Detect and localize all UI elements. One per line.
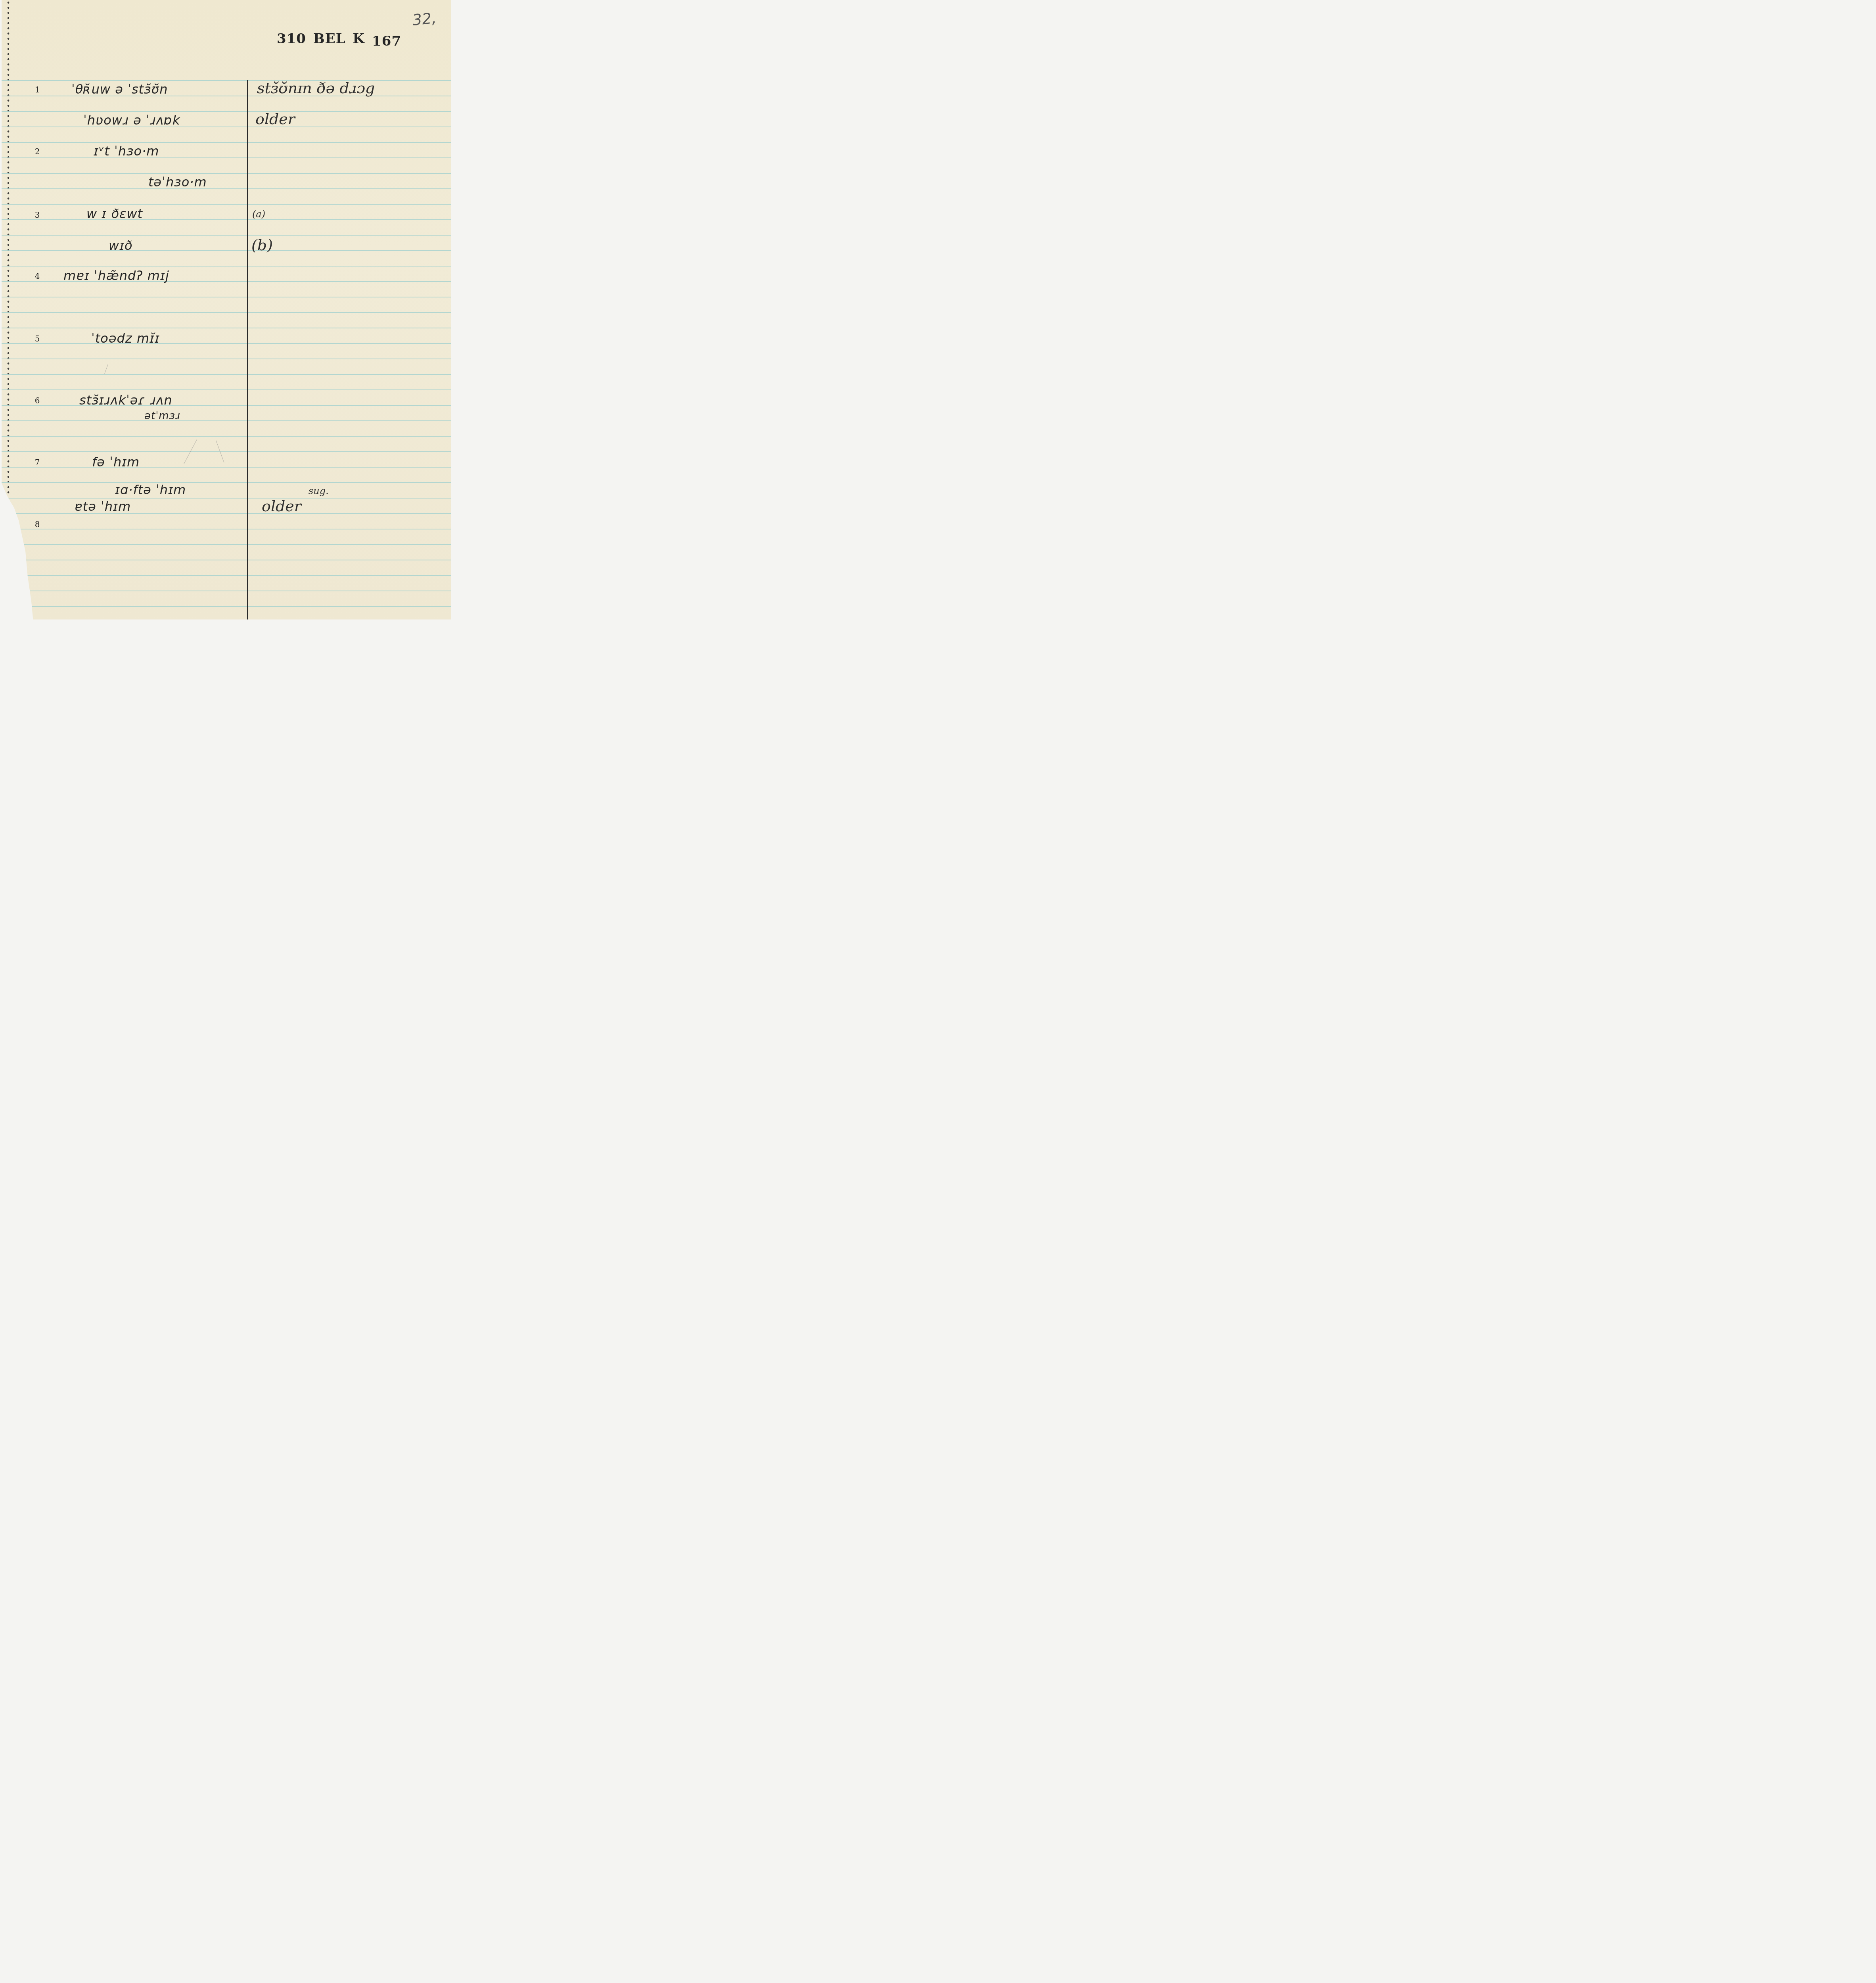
note: stɜ̆ʊ̆nɪn ðə dɹɔg — [257, 79, 375, 97]
rule-line — [2, 235, 451, 236]
note: (a) — [252, 209, 265, 220]
column-divider — [247, 80, 248, 619]
transcription: mɐɪ ˈhæ̃ndʔ mɪj — [63, 268, 169, 283]
transcription: w ɪ ðɛwt — [86, 206, 143, 221]
rule-line — [2, 591, 451, 591]
transcription: fə ˈhɪm — [92, 455, 140, 470]
line-number: 3 — [33, 210, 41, 220]
rule-line — [2, 266, 451, 267]
perforated-edge — [7, 0, 10, 496]
line-number: 1 — [33, 85, 41, 94]
rule-line — [2, 420, 451, 421]
rule-line — [2, 374, 451, 375]
note: older — [255, 110, 295, 128]
rule-line — [2, 513, 451, 514]
transcription: ɪɑ·ftə ˈhɪm — [115, 482, 186, 497]
transcription: təˈhɜo·m — [148, 175, 207, 190]
rule-line — [2, 188, 451, 189]
rule-line — [2, 173, 451, 174]
transcription: wɪð — [109, 238, 133, 253]
rule-line — [2, 560, 451, 560]
transcription: ətˈmɜɹ — [144, 410, 180, 422]
rule-line — [2, 343, 451, 344]
page-number: 32, — [412, 9, 437, 29]
rule-line — [2, 389, 451, 390]
line-number: 6 — [33, 396, 41, 405]
rule-line — [2, 606, 451, 607]
rule-line — [2, 467, 451, 468]
rule-line — [2, 157, 451, 158]
transcription: ɪᵛt ˈhɜo·m — [94, 144, 159, 159]
rule-line — [2, 328, 451, 328]
line-number: 8 — [33, 520, 41, 529]
transcription: ˈtoədz mɪ̆ɪ — [91, 331, 160, 346]
rule-line — [2, 96, 451, 96]
stamp-part: 310 — [277, 31, 306, 47]
stamp-part: BEL — [313, 31, 346, 47]
rule-line — [2, 436, 451, 437]
note: sug. — [309, 485, 329, 497]
rule-line — [2, 80, 451, 81]
rule-line — [2, 575, 451, 576]
transcription: ɐtə ˈhɪm — [75, 499, 131, 514]
transcription: stɜ̆ɪɹʌkˈəɾ ɹʌn — [79, 393, 172, 408]
rule-line — [2, 498, 451, 499]
pencil-mark — [104, 364, 108, 374]
rule-line — [2, 405, 451, 406]
rule-line — [2, 250, 451, 251]
notebook-page: 32, 310BELK167 1 2 3 4 5 6 7 8 ˈθʀ̆uw ə … — [2, 0, 451, 619]
line-number: 5 — [33, 334, 41, 343]
stamp-part: K — [353, 31, 365, 47]
rule-line — [2, 544, 451, 545]
rule-line — [2, 359, 451, 359]
note: older — [262, 497, 301, 515]
rule-line — [2, 482, 451, 483]
rule-line — [2, 312, 451, 313]
rule-line — [2, 142, 451, 143]
note: (b) — [251, 236, 273, 254]
catalog-stamp: 310BELK167 — [277, 31, 408, 47]
rule-line — [2, 204, 451, 205]
rule-line — [2, 529, 451, 529]
line-number: 2 — [33, 147, 41, 156]
stamp-part: 167 — [372, 33, 401, 49]
line-number: 4 — [33, 271, 41, 281]
transcription: ˈθʀ̆uw ə ˈstɜ̆ʊ̆n — [71, 82, 168, 97]
rule-line — [2, 127, 451, 127]
transcription: ˈhʋowɹ ə ˈɹʌɒk — [83, 113, 180, 128]
rule-line — [2, 111, 451, 112]
line-number: 7 — [33, 458, 41, 467]
rule-line — [2, 297, 451, 297]
rule-line — [2, 219, 451, 220]
rule-line — [2, 451, 451, 452]
